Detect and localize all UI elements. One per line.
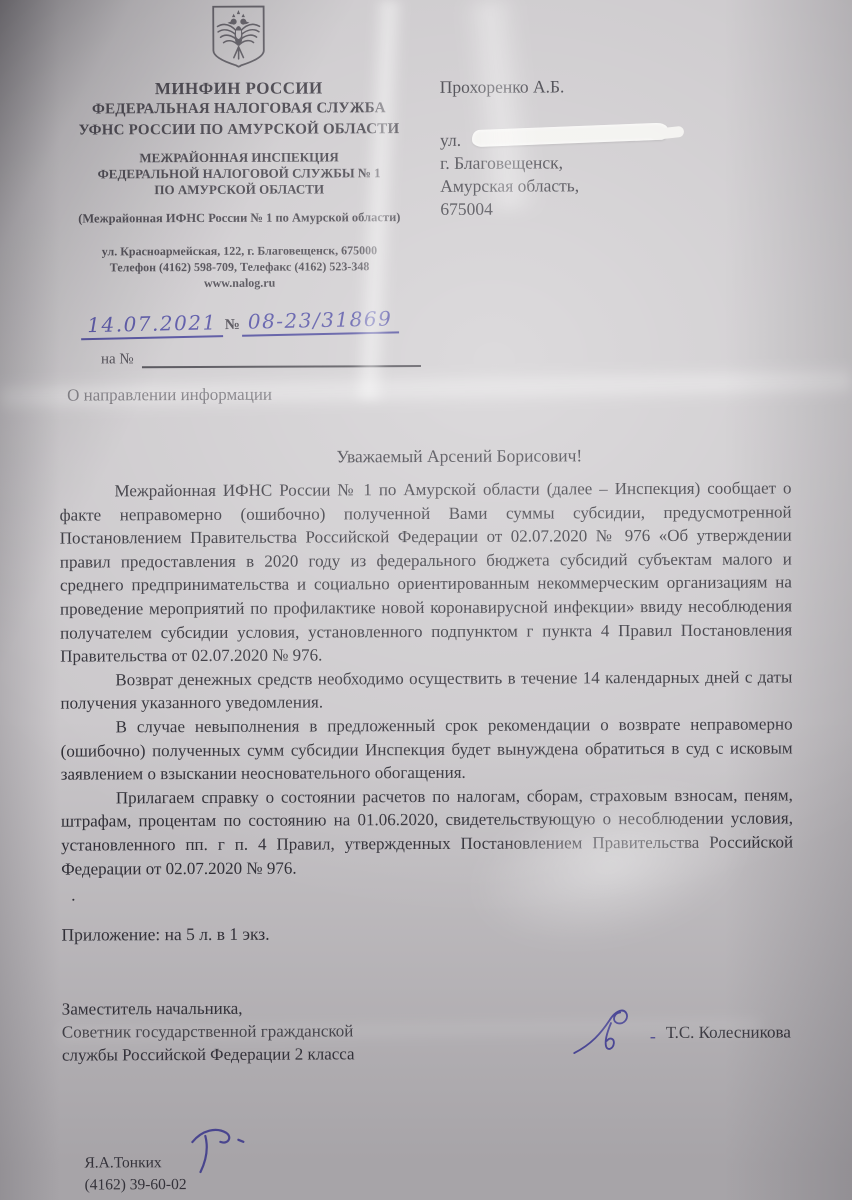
stray-dot: . <box>71 883 793 904</box>
salutation: Уважаемый Арсений Борисович! <box>336 445 582 467</box>
body-paragraph: Возврат денежных средств необходимо осущ… <box>60 665 792 715</box>
signer-position-line: Советник государственной гражданской <box>62 1019 454 1044</box>
signer-position-line: службы Российской Федерации 2 класса <box>62 1042 454 1067</box>
redaction-mark <box>472 123 669 148</box>
recipient-region: Амурская область, <box>440 174 579 198</box>
attachment-note: Приложение: на 5 л. в 1 экз. <box>61 921 793 945</box>
coat-of-arms-icon <box>208 5 268 71</box>
reply-ref-line <box>142 349 421 368</box>
outgoing-ref: 14.07.2021№08-23/31869 <box>58 301 421 341</box>
body-paragraph: Межрайонная ИФНС России № 1 по Амурской … <box>59 476 792 668</box>
contact-address: ул. Красноармейская, 122, г. Благовещенс… <box>58 242 420 260</box>
letterhead: МИНФИН РОССИИ ФЕДЕРАЛЬНАЯ НАЛОГОВАЯ СЛУЖ… <box>57 4 421 406</box>
inspection-name-line: ФЕДЕРАЛЬНОЙ НАЛОГОВОЙ СЛУЖБЫ № 1 <box>58 165 420 183</box>
body-paragraph: Прилагаем справку о состоянии расчетов п… <box>61 783 793 881</box>
letter-photo: МИНФИН РОССИИ ФЕДЕРАЛЬНАЯ НАЛОГОВАЯ СЛУЖ… <box>0 0 852 1200</box>
recipient-city: г. Благовещенск, <box>440 151 579 175</box>
executor-block: Я.А.Тонких (4162) 39-60-02 <box>62 1149 794 1196</box>
handwritten-number: 08-23/31869 <box>242 306 399 336</box>
street-prefix: ул. <box>440 130 461 150</box>
signer-position-line: Заместитель начальника, <box>62 996 454 1021</box>
inspection-name-line: МЕЖРАЙОННАЯ ИНСПЕКЦИЯ <box>58 149 420 167</box>
signature-dash: - <box>650 1026 656 1047</box>
reply-ref: на № <box>59 349 421 369</box>
website: www.nalog.ru <box>59 274 421 292</box>
recipient-street: ул. <box>440 128 579 152</box>
inspection-short-name: (Межрайонная ИФНС России № 1 по Амурской… <box>58 210 420 227</box>
reply-ref-label: на № <box>101 350 142 368</box>
paper-sheet: МИНФИН РОССИИ ФЕДЕРАЛЬНАЯ НАЛОГОВАЯ СЛУЖ… <box>0 0 852 1200</box>
regional-office-name: УФНС РОССИИ ПО АМУРСКОЙ ОБЛАСТИ <box>58 119 420 142</box>
signer-position: Заместитель начальника, Советник государ… <box>62 996 454 1067</box>
recipient-postcode: 675004 <box>440 197 579 221</box>
signature-stroke-icon <box>570 996 648 1064</box>
body-paragraph: В случае невыполнения в предложенный сро… <box>61 712 793 786</box>
inspection-name: МЕЖРАЙОННАЯ ИНСПЕКЦИЯ ФЕДЕРАЛЬНОЙ НАЛОГО… <box>58 149 420 199</box>
subject-line: О направлении информации <box>59 384 421 406</box>
handwritten-date: 14.07.2021 <box>81 310 223 340</box>
recipient-name: Прохоренко А.Б. <box>440 75 579 99</box>
service-name: ФЕДЕРАЛЬНАЯ НАЛОГОВАЯ СЛУЖБА <box>58 98 420 121</box>
number-sign: № <box>223 317 243 337</box>
executor-paraph-icon <box>180 1124 246 1176</box>
inspection-name-line: ПО АМУРСКОЙ ОБЛАСТИ <box>58 181 420 199</box>
contact-block: ул. Красноармейская, 122, г. Благовещенс… <box>58 242 420 292</box>
signature-block: Заместитель начальника, Советник государ… <box>62 994 794 1066</box>
signer-name: Т.С. Колесникова <box>666 1022 791 1043</box>
contact-phones: Телефон (4162) 598-709, Телефакс (4162) … <box>59 258 421 276</box>
letter-body: Межрайонная ИФНС России № 1 по Амурской … <box>59 476 793 880</box>
ministry-name: МИНФИН РОССИИ <box>58 77 420 100</box>
signature-area: - Т.С. Колесникова <box>570 995 791 1064</box>
recipient-block: Прохоренко А.Б. ул. г. Благовещенск, Аму… <box>439 3 580 404</box>
letter-header: МИНФИН РОССИИ ФЕДЕРАЛЬНАЯ НАЛОГОВАЯ СЛУЖ… <box>57 2 791 405</box>
